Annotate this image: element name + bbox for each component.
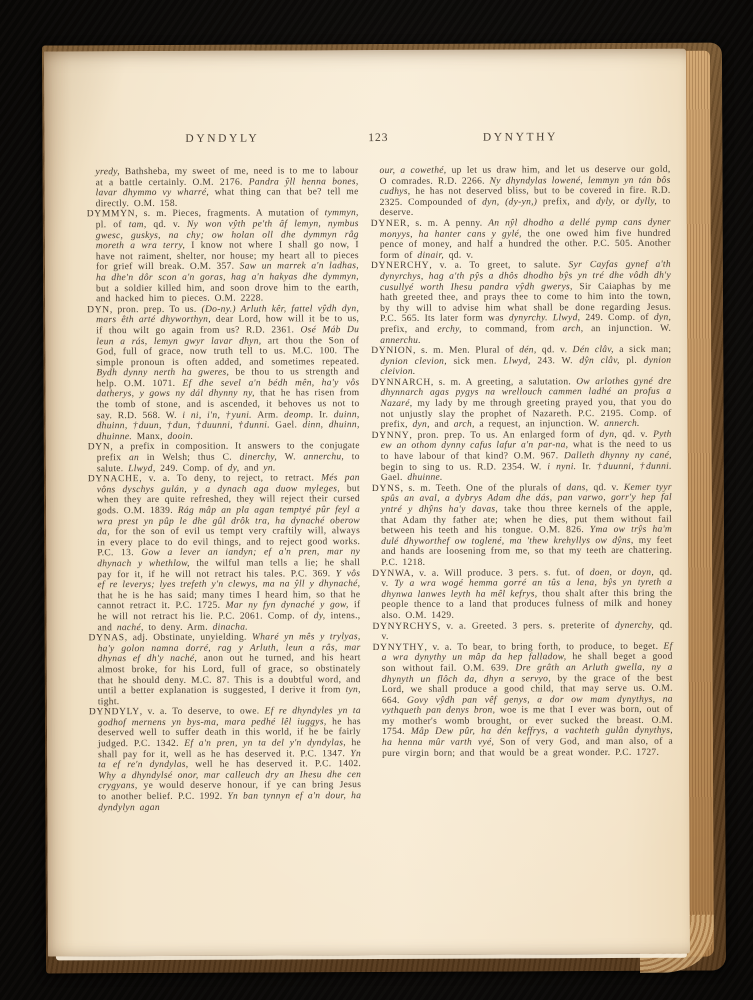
- continuation-paragraph: yredy, Bathsheba, my sweet of me, need i…: [86, 166, 358, 210]
- entry-text: W.: [285, 452, 304, 462]
- entry-text: a request, an injunction. W.: [479, 419, 604, 430]
- entry-text: Arm.: [257, 410, 284, 420]
- page-content: DYNDYLY 123 DYNYTHY yredy, Bathsheba, my…: [86, 131, 673, 814]
- entry-headword: DYN: [87, 305, 110, 315]
- cornish-quotation: tyn,: [346, 685, 361, 695]
- cornish-quotation: dylly,: [635, 197, 663, 207]
- dictionary-entry: DYNNY, pron. prep. To us. An enlarged fo…: [372, 430, 672, 484]
- entry-headword: DYNNY: [372, 431, 410, 441]
- cornish-quotation: dhuinne.: [407, 473, 442, 483]
- cornish-quotation: dinacha.: [213, 622, 248, 632]
- entry-text: pl. of: [96, 220, 129, 230]
- cornish-quotation: tam,: [129, 220, 154, 230]
- dictionary-entry: DYNAS, adj. Obstinate, unyielding. Wharé…: [89, 632, 361, 707]
- entry-text: , s. m. Pieces, fragments. A mutation of: [135, 209, 324, 220]
- entry-text: and: [434, 420, 453, 430]
- cornish-quotation: naché,: [117, 623, 149, 633]
- entry-text: to command, from: [469, 324, 562, 334]
- dictionary-entry: DYNYRCHYS, v. a. Greeted. 3 pers. s. pre…: [372, 620, 672, 642]
- entry-text: well he has deserved it. P.C. 1402.: [195, 759, 361, 770]
- entry-text: 249. Comp. of: [160, 463, 228, 473]
- cornish-quotation: tymmyn,: [325, 208, 359, 218]
- cornish-quotation: dy,: [228, 463, 244, 473]
- entry-headword: DYNS: [372, 484, 401, 494]
- cornish-quotation: dynion clevion,: [380, 356, 453, 366]
- entry-text: , pron. prep. To us.: [110, 305, 202, 315]
- entry-text: , v. a. To deny, to reject, to retract.: [139, 473, 321, 484]
- dictionary-entry: DYNNARCH, s. m. A greeting, a salutation…: [371, 377, 671, 431]
- dictionary-entry: DYN, pron. prep. To us. (Do-ny.) Arluth …: [87, 304, 360, 443]
- entry-text: an injunction. W.: [591, 324, 671, 334]
- running-header: DYNDYLY 123 DYNYTHY: [86, 131, 670, 168]
- entry-text: qd. v.: [594, 483, 624, 493]
- entry-text: 249. Comp. of: [585, 313, 654, 323]
- cornish-quotation: Dén clâv,: [573, 345, 620, 355]
- entry-text: prefix, and: [543, 197, 596, 207]
- entry-text: , s. m. Teeth. One of the plurals of: [401, 483, 567, 494]
- text-columns: yredy, Bathsheba, my sweet of me, need i…: [86, 165, 673, 814]
- entry-text: , s. m. A greeting, a salutation.: [431, 377, 576, 388]
- entry-text: qd. v.: [622, 430, 653, 440]
- entry-text: Manx,: [137, 432, 168, 442]
- entry-headword: DYNAS: [89, 633, 125, 643]
- cornish-quotation: dooin.: [167, 432, 193, 442]
- entry-headword: DYNACHE: [88, 474, 139, 484]
- cornish-quotation: annerchu,: [303, 452, 351, 462]
- entry-headword: DYNYTHY: [373, 643, 425, 653]
- entry-text: but a soldier killed him, and soon drove…: [96, 283, 359, 305]
- cornish-quotation: deomp.: [284, 410, 319, 420]
- book: DYNDYLY 123 DYNYTHY yredy, Bathsheba, my…: [40, 39, 728, 984]
- cornish-quotation: doyn,: [632, 567, 660, 577]
- dictionary-entry: DYNACHE, v. a. To deny, to reject, to re…: [88, 473, 361, 633]
- cornish-quotation: dyn,: [654, 313, 671, 323]
- entry-text: , v. a. To greet, to salute.: [429, 261, 568, 272]
- cornish-quotation: dinair,: [417, 250, 448, 260]
- dictionary-entry: DYNER, s. m. A penny. An nŷl dhodho a de…: [371, 218, 671, 262]
- entry-text: to deny. Arm.: [148, 622, 212, 632]
- cornish-quotation: our, a cowethé,: [379, 166, 451, 176]
- entry-text: and: [244, 463, 263, 473]
- entry-headword: DYNION: [371, 346, 413, 356]
- dictionary-entry: DYNYTHY, v. a. To bear, to bring forth, …: [373, 641, 674, 759]
- cornish-quotation: doen,: [590, 568, 618, 578]
- cornish-quotation: dyly,: [596, 197, 621, 207]
- cornish-quotation: yn.: [263, 463, 275, 473]
- entry-text: begin to sing to us. R.D. 2354. W.: [381, 462, 548, 473]
- dictionary-entry: DYNION, s. m. Men. Plural of dén, qd. v.…: [371, 345, 671, 378]
- cornish-quotation: dyn, (dy-yn,): [482, 197, 543, 207]
- entry-text: , v. a. To bear, to bring forth, to prod…: [424, 642, 663, 653]
- entry-text: Gael.: [275, 421, 302, 431]
- cornish-quotation: dy,: [314, 611, 331, 621]
- entry-headword: DYNYRCHYS: [372, 621, 437, 631]
- cornish-quotation: dynerchy,: [615, 620, 660, 630]
- cornish-quotation: erchy,: [437, 325, 469, 335]
- cornish-quotation: dynyrchy. Llwyd,: [509, 313, 586, 323]
- cornish-quotation: annerch.: [604, 419, 640, 429]
- cornish-quotation: dŷn clâv,: [579, 356, 626, 366]
- cornish-quotation: Llwyd,: [503, 356, 537, 366]
- entry-text: , v. a. Will produce. 3 pers. s. fut. of: [411, 568, 590, 579]
- entry-headword: DYMMYN: [87, 209, 136, 219]
- cornish-quotation: Ef a'n pren, yn ta del y'n dyndylas,: [184, 738, 351, 749]
- entry-text: , s. m. Men. Plural of: [413, 346, 519, 356]
- entry-text: , v. a. To deserve, to owe.: [140, 707, 265, 718]
- entry-text: qd. v.: [542, 345, 573, 355]
- entry-text: , s. m. A penny.: [407, 219, 488, 229]
- entry-text: Ir.: [582, 462, 597, 472]
- entry-headword: DYNER: [371, 219, 407, 229]
- entry-text: , v. a. Greeted. 3 pers. s. preterite of: [438, 621, 615, 632]
- entry-text: qd. v.: [153, 220, 187, 230]
- cornish-quotation: arch,: [562, 324, 591, 334]
- cornish-quotation: i nyni.: [547, 462, 582, 472]
- cornish-quotation: i ni, i'n, †yuni.: [182, 410, 257, 420]
- cornish-quotation: Dalleth dhynny ny cané,: [564, 451, 672, 461]
- entry-text: pl.: [626, 356, 643, 366]
- dictionary-entry: DYNS, s. m. Teeth. One of the plurals of…: [372, 483, 672, 569]
- entry-text: sick men.: [454, 356, 504, 366]
- cornish-quotation: dyn,: [412, 420, 434, 430]
- cornish-quotation: Bydh dynny nerth ha gweres,: [96, 368, 235, 379]
- dictionary-entry: DYNDYLY, v. a. To deserve, to owe. Ef re…: [89, 706, 361, 813]
- entry-text: tight.: [98, 697, 120, 707]
- cornish-quotation: Llwyd,: [128, 464, 160, 474]
- text-column-left: yredy, Bathsheba, my sweet of me, need i…: [86, 166, 361, 813]
- entry-text: , pron. prep. To us. An enlarged form of: [409, 430, 599, 441]
- entry-text: qd. v.: [449, 250, 474, 260]
- entry-headword: DYNWA: [372, 568, 411, 578]
- cornish-quotation: arch,: [454, 420, 480, 430]
- cornish-quotation: an: [129, 453, 147, 463]
- entry-text: in Welsh; thus C.: [147, 453, 240, 463]
- entry-text: prefix, and: [380, 325, 437, 335]
- entry-text: or: [618, 567, 632, 577]
- dictionary-entry: DYN, a prefix in composition. It answers…: [88, 442, 360, 475]
- dictionary-entry: DYMMYN, s. m. Pieces, fragments. A mutat…: [87, 208, 359, 305]
- cornish-quotation: dinerchy,: [240, 452, 285, 462]
- cornish-quotation: dyn,: [600, 430, 623, 440]
- book-page: DYNDYLY 123 DYNYTHY yredy, Bathsheba, my…: [44, 49, 690, 957]
- cornish-quotation: yredy,: [95, 167, 124, 177]
- cornish-quotation: dans,: [566, 483, 593, 493]
- dictionary-entry: DYNWA, v. a. Will produce. 3 pers. s. fu…: [372, 567, 672, 621]
- entry-text: Gael.: [381, 473, 408, 483]
- entry-headword: DYNNARCH: [371, 378, 430, 388]
- cornish-quotation: Mar ny fyn dynaché y gow,: [226, 600, 354, 611]
- entry-headword: DYNERCHY: [371, 261, 429, 271]
- cornish-quotation: dén,: [519, 345, 542, 355]
- header-catchword-right: DYNYTHY: [370, 131, 670, 144]
- entry-text: a sick man;: [619, 345, 671, 355]
- dictionary-entry: DYNERCHY, v. a. To greet, to salute. Syr…: [371, 260, 671, 346]
- entry-headword: DYNDYLY: [89, 707, 140, 717]
- entry-text: or: [621, 197, 635, 207]
- entry-headword: DYN: [88, 443, 111, 453]
- cornish-quotation: †duunni, †dunni.: [597, 461, 672, 471]
- continuation-paragraph: our, a cowethé, up let us draw him, and …: [370, 165, 670, 219]
- entry-text: , adj. Obstinate, unyielding.: [125, 633, 252, 644]
- cornish-quotation: annerchu.: [380, 335, 421, 345]
- text-column-right: our, a cowethé, up let us draw him, and …: [370, 165, 673, 813]
- entry-text: Ir.: [319, 410, 334, 420]
- entry-text: 243. W.: [537, 356, 579, 366]
